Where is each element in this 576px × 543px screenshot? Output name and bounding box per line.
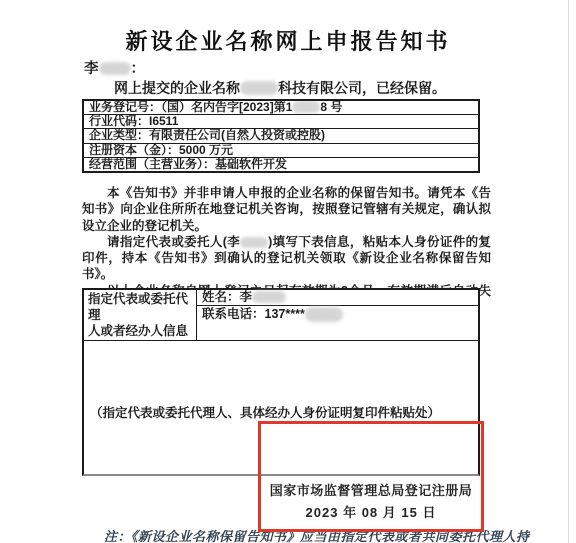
redaction-blur [252,291,286,303]
notice-document: 新设企业名称网上申报告知书 李： 网上提交的企业名称科技有限公司，已经保留。 业… [0,0,576,543]
registration-number-suffix: 8 号 [320,101,342,114]
intro-line: 网上提交的企业名称科技有限公司，已经保留。 [84,78,504,98]
issuing-authority: 国家市场监督管理总局登记注册局 [270,480,473,499]
agent-name-text: 姓名：李 [202,290,252,304]
table-row-industry-code: 行业代码：I6511 [84,114,478,128]
agent-name-cell: 姓名：李 [197,290,478,306]
paragraph-instructions-prefix: 请指定代表或委托人(李 [107,235,240,249]
highlight-red-box: 国家市场监督管理总局登记注册局 2023 年 08 月 15 日 [258,421,484,532]
agent-value-cells: 姓名：李 联系电话：137**** [197,290,478,340]
table-row-registered-capital: 注册资本（金）：5000 万元 [84,143,478,157]
table-row-company-type: 企业类型：有限责任公司(自然人投资或控股) [84,128,478,142]
agent-label-line2: 人或者经办人信息 [88,323,196,339]
intro-text-prefix: 网上提交的企业名称 [114,80,240,96]
table-row-business-scope: 经营范围（主营业务）：基础软件开发 [84,157,478,171]
registration-number-prefix: 业务登记号：（国）名内告字[2023]第1 [89,101,292,114]
redaction-blur [305,307,343,322]
agent-table-header-rows: 指定代表或委托代理 人或者经办人信息 姓名：李 联系电话：137**** [84,290,478,341]
agent-phone-cell: 联系电话：137**** [197,306,478,322]
page-title: 新设企业名称网上申报告知书 [0,25,576,56]
company-info-table: 业务登记号：（国）名内告字[2023]第18 号 行业代码：I6511 企业类型… [82,99,480,173]
addressee-colon: ： [131,61,146,77]
agent-label-line1: 指定代表或委托代理 [88,291,196,323]
table-row-registration-number: 业务登记号：（国）名内告字[2023]第18 号 [84,101,478,114]
redaction-blur [99,62,131,75]
agent-label-cell: 指定代表或委托代理 人或者经办人信息 [84,290,197,340]
intro-text-suffix: 科技有限公司，已经保留。 [278,80,446,96]
addressee-name: 李 [84,61,99,77]
page-right-edge [568,0,569,543]
paragraph-disclaimer: 本《告知书》并非申请人申报的企业名称的保留告知书。请凭本《告知书》向企业住所所在… [82,185,491,234]
agent-phone-text: 联系电话：137**** [202,307,305,321]
redaction-blur [240,237,268,248]
paragraph-instructions: 请指定代表或委托人(李)填写下表信息，粘贴本人身份证件的复印件，持本《告知书》到… [82,234,491,283]
redaction-blur [292,101,320,113]
redaction-blur [240,81,278,95]
issue-date: 2023 年 08 月 15 日 [306,502,437,521]
addressee-line: 李： [84,57,145,78]
